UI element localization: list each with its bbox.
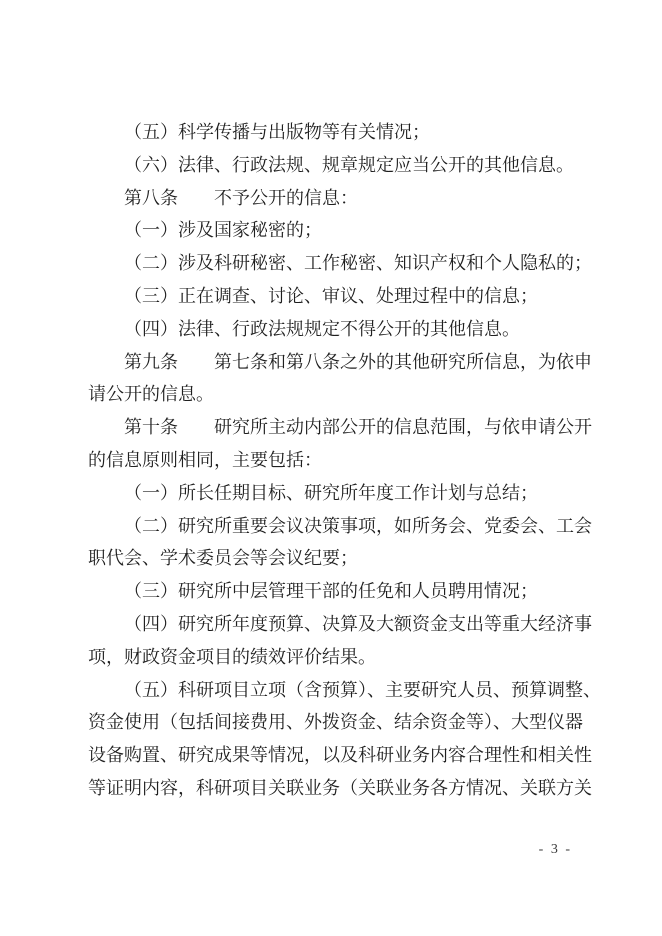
document-line: （三）研究所中层管理干部的任免和人员聘用情况； — [88, 575, 596, 608]
document-line: （五）科学传播与出版物等有关情况； — [88, 116, 596, 149]
document-line: （六）法律、行政法规、规章规定应当公开的其他信息。 — [88, 149, 596, 182]
document-line: 第十条 研究所主动内部公开的信息范围，与依申请公开 — [88, 411, 596, 444]
document-line: 资金使用（包括间接费用、外拨资金、结余资金等）、大型仪器 — [88, 706, 596, 739]
document-line: 的信息原则相同，主要包括： — [88, 444, 596, 477]
document-line: 第八条 不予公开的信息： — [88, 182, 596, 215]
document-body: （五）科学传播与出版物等有关情况；（六）法律、行政法规、规章规定应当公开的其他信… — [88, 116, 596, 805]
document-line: 项，财政资金项目的绩效评价结果。 — [88, 641, 596, 674]
document-line: （二）涉及科研秘密、工作秘密、知识产权和个人隐私的； — [88, 247, 596, 280]
document-line: （五）科研项目立项（含预算）、主要研究人员、预算调整、 — [88, 674, 596, 707]
document-line: 请公开的信息。 — [88, 378, 596, 411]
document-line: 职代会、学术委员会等会议纪要； — [88, 542, 596, 575]
document-line: 第九条 第七条和第八条之外的其他研究所信息，为依申 — [88, 346, 596, 379]
document-page: （五）科学传播与出版物等有关情况；（六）法律、行政法规、规章规定应当公开的其他信… — [0, 0, 662, 936]
document-line: （一）涉及国家秘密的； — [88, 214, 596, 247]
page-number: - 3 - — [539, 842, 572, 858]
document-line: （一）所长任期目标、研究所年度工作计划与总结； — [88, 477, 596, 510]
document-line: （二）研究所重要会议决策事项，如所务会、党委会、工会 — [88, 510, 596, 543]
document-line: 等证明内容，科研项目关联业务（关联业务各方情况、关联方关 — [88, 772, 596, 805]
document-line: （三）正在调查、讨论、审议、处理过程中的信息； — [88, 280, 596, 313]
document-line: 设备购置、研究成果等情况，以及科研业务内容合理性和相关性 — [88, 739, 596, 772]
document-line: （四）法律、行政法规规定不得公开的其他信息。 — [88, 313, 596, 346]
document-line: （四）研究所年度预算、决算及大额资金支出等重大经济事 — [88, 608, 596, 641]
